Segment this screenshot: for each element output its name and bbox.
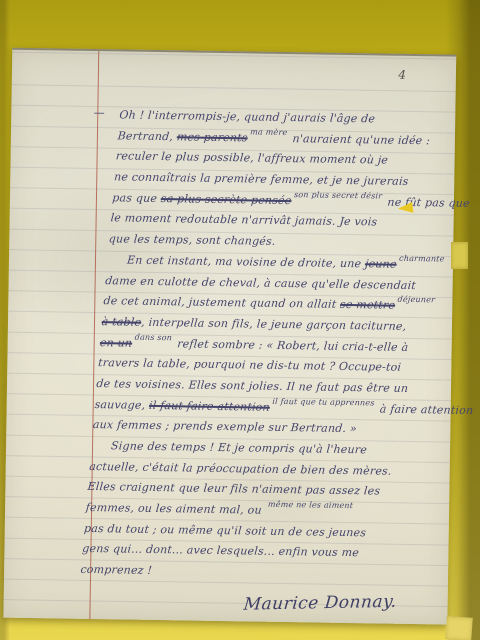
text-segment: , interpella son fils, le jeune garçon t… <box>141 316 407 333</box>
text-segment: En cet instant, ma voisine de droite, un… <box>126 253 365 270</box>
struck-out-text: mes parents <box>176 130 248 144</box>
manuscript-line: comprenez ! <box>79 563 429 589</box>
manuscript-paper: 4 —Oh ! l'interrompis-je, quand j'aurais… <box>3 48 456 625</box>
text-segment: sauvage, <box>94 398 150 412</box>
text-segment: comprenez ! <box>80 563 153 577</box>
struck-out-text: sa plus secrète pensée <box>160 192 292 207</box>
yellow-fleck <box>397 202 413 215</box>
text-segment: aux femmes ; prends exemple sur Bertrand… <box>92 418 357 435</box>
signature: Maurice Donnay. <box>243 591 435 615</box>
struck-out-text: jeune <box>364 257 397 270</box>
text-segment: Bertrand, <box>117 129 177 143</box>
inserted-correction: déjeuner <box>397 295 435 305</box>
inserted-correction: ma mère <box>250 127 288 137</box>
text-segment: que les temps, sont changés. <box>108 232 276 248</box>
text-segment: ne fût pas que <box>383 195 470 209</box>
inserted-correction: il faut que tu apprennes <box>272 396 375 407</box>
struck-out-text: il faut faire attention <box>148 399 270 414</box>
struck-out-text: se mettre <box>340 298 396 312</box>
text-segment: Signe des temps ! Et je compris qu'à l'h… <box>111 439 368 456</box>
text-segment: Oh ! l'interrompis-je, quand j'aurais l'… <box>119 108 376 125</box>
page-number: 4 <box>398 68 406 82</box>
inserted-correction: même ne les aiment <box>268 500 354 510</box>
tape-bottom <box>445 616 473 640</box>
inserted-correction: son plus secret désir <box>294 190 383 200</box>
inserted-correction: charmante <box>399 254 445 264</box>
struck-out-text: à table <box>101 315 142 329</box>
inserted-correction: dans son <box>134 332 172 342</box>
text-segment: à faire attention <box>376 402 474 417</box>
text-segment: reflet sombre : « Robert, lui cria-t-ell… <box>173 337 409 354</box>
text-segment: de cet animal, justement quand on allait <box>103 294 341 311</box>
struck-out-text: en un <box>99 336 132 349</box>
text-segment: le moment redoutable n'arrivât jamais. J… <box>110 212 378 229</box>
text-segment: pas que <box>112 191 162 205</box>
text-segment: n'auraient qu'une idée : <box>288 132 430 147</box>
margin-dash-marker: — <box>93 106 105 119</box>
photo-background: 4 —Oh ! l'interrompis-je, quand j'aurais… <box>0 0 480 640</box>
letter-body: —Oh ! l'interrompis-je, quand j'aurais l… <box>79 108 468 589</box>
text-segment: femmes, ou les aiment mal, ou <box>85 501 266 517</box>
tape-right <box>451 242 468 269</box>
